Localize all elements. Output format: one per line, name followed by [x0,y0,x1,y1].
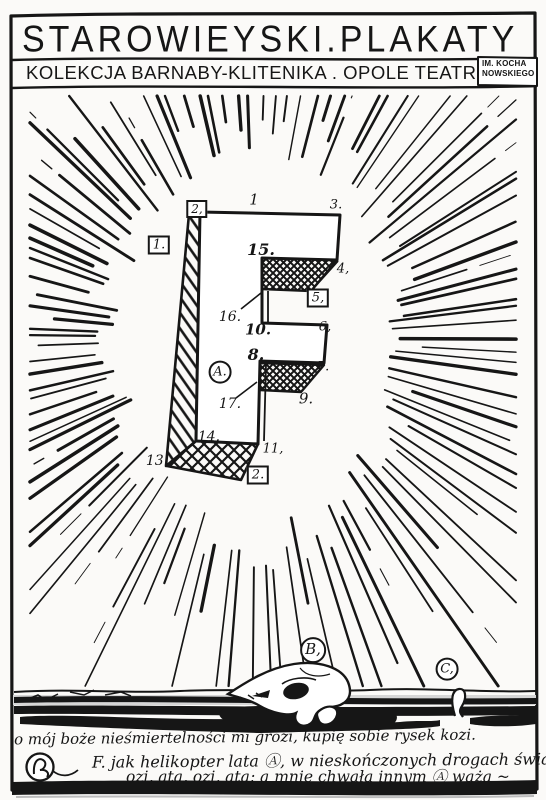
annotation-17-13: 13. [146,454,168,468]
poster-title: STAROWIEYSKI.PLAKATY [22,19,532,61]
annotation-3-1: 1. [148,236,170,255]
annotation-11-A: A. [209,361,232,384]
annotation-8-10: 10. [245,323,271,338]
poster-subtitle: KOLEKCJA BARNABY-KLITENIKA . OPOLE TEATR [26,62,476,84]
annotation-14-9: 9. [299,392,313,407]
annotation-20-C: C, [436,658,459,681]
annotation-2-3: 3. [330,199,342,212]
annotation-19-B: B, [300,637,326,663]
theatre-credit: IM. KOCHA NOWSKIEGO [482,59,538,79]
poster: STAROWIEYSKI.PLAKATY KOLEKCJA BARNABY-KL… [0,0,546,800]
caption-line-1: o mój boże nieśmiertelności mi grozi, ku… [14,726,476,749]
annotation-1-2: 2, [186,200,207,218]
theatre-credit-line2: NOWSKIEGO [482,69,538,79]
theatre-credit-line1: IM. KOCHA [482,59,538,69]
annotation-16-11: 11, [263,443,284,456]
annotation-15-14: 14. [198,430,220,444]
annotation-5-4: 4, [337,263,349,276]
annotation-10-8: 8. [248,347,265,363]
annotation-6-5: 5, [307,289,329,308]
annotation-18-2: 2. [247,466,269,485]
annotation-0-1: 1 [249,193,259,208]
text-overlay: STAROWIEYSKI.PLAKATY KOLEKCJA BARNABY-KL… [0,0,546,800]
caption-line-3: ozi, ata, ozi, ata; a mnie chwała innym … [126,765,510,787]
annotation-7-16: 16. [219,310,241,324]
annotation-4-15: 15. [247,242,275,258]
annotation-13-17: 17. [219,397,241,411]
annotation-9-6: 6, [319,321,331,334]
annotation-12-7: 7. [317,361,329,374]
